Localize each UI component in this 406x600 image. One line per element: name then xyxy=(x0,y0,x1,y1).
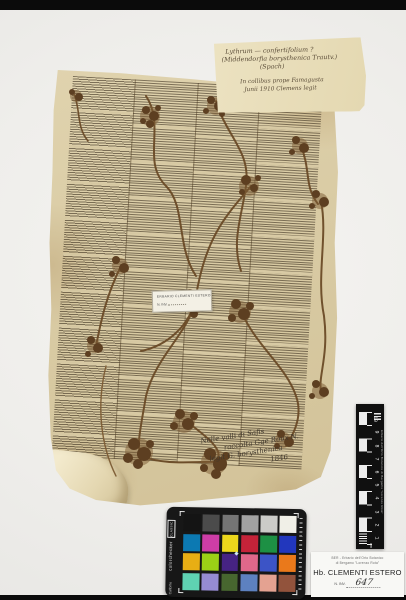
color-patch xyxy=(260,535,277,552)
checker-edge-ticks xyxy=(298,518,302,590)
color-patch xyxy=(202,554,219,571)
ruler-cm-blocks xyxy=(359,412,367,544)
checker-corner-mark xyxy=(294,513,299,518)
color-checker-grid xyxy=(182,514,296,592)
color-patch xyxy=(183,514,200,531)
checker-maker: Calibrite xyxy=(168,581,172,594)
color-patch xyxy=(221,554,238,571)
scale-ruler: 12345678910 cm Erbario dell'Orto Botanic… xyxy=(356,404,384,549)
color-patch xyxy=(182,573,199,590)
color-patch xyxy=(280,516,297,533)
herbarium-stamp-label: ERBARIO CLEMENTI ESTERO N. INV. xyxy=(152,289,213,313)
inventory-number: 647 xyxy=(346,579,382,588)
color-patch xyxy=(202,534,219,551)
determination-label: Lythrum — confertifolium ? (Middendorfia… xyxy=(213,37,367,115)
ruler-number: 4 xyxy=(373,497,379,500)
checker-corner-mark xyxy=(178,588,183,593)
ruler-number: 1 xyxy=(373,536,379,539)
color-patch xyxy=(202,573,219,590)
color-patch xyxy=(203,514,220,531)
color-patch xyxy=(260,555,277,572)
color-patch xyxy=(222,515,239,532)
checker-edition: CLASSIC xyxy=(167,520,175,538)
color-patch xyxy=(183,553,200,570)
color-checker-chart: colorchecker CLASSIC Calibrite xyxy=(165,507,307,599)
institution-line: di Bergamo "Lorenzo Rota" xyxy=(311,561,404,566)
ruler-number: 6 xyxy=(373,470,379,473)
stamp-inv-label: N. INV. xyxy=(157,302,167,306)
herbarium-specimen-photo: Lythrum — confertifolium ? (Middendorfia… xyxy=(0,0,406,600)
ruler-number: 9 xyxy=(373,431,379,434)
ruler-mm-graduations xyxy=(359,531,367,544)
ruler-numbers: 12345678910 xyxy=(370,412,378,544)
ruler-number: 8 xyxy=(373,444,379,447)
ruler-side-text: Erbario dell'Orto Botanico di Bergamo "L… xyxy=(380,430,384,530)
color-patch xyxy=(241,535,258,552)
checker-center-mark xyxy=(234,551,238,555)
checker-corner-mark xyxy=(180,511,185,516)
color-patch xyxy=(260,515,277,532)
color-patch xyxy=(240,554,257,571)
stamp-inv-blank xyxy=(168,303,186,304)
collection-name: Hb. CLEMENTI ESTERO xyxy=(311,568,404,577)
stamp-title: ERBARIO CLEMENTI ESTERO xyxy=(157,293,211,298)
checker-corner-mark xyxy=(292,590,297,595)
determination-line: Junii 1910 Clemens legit xyxy=(244,83,360,94)
color-patch xyxy=(259,574,276,591)
inventory-number-label: N. INV. xyxy=(334,582,345,586)
ruler-number: 3 xyxy=(373,510,379,513)
checker-brand: colorchecker xyxy=(168,541,174,571)
determination-line: (Spach) xyxy=(260,61,360,71)
newsprint-columns xyxy=(52,76,323,469)
ruler-number: 2 xyxy=(373,523,379,526)
color-patch xyxy=(222,534,239,551)
color-patch xyxy=(183,534,200,551)
ruler-unit-label: cm xyxy=(369,543,374,548)
color-patch xyxy=(279,535,296,552)
botanic-garden-logo-icon xyxy=(374,413,381,421)
photo-frame-top xyxy=(0,0,406,10)
color-patch xyxy=(241,515,258,532)
inventory-card: BER - Erbario dell'Orto Botanico di Berg… xyxy=(311,552,404,597)
color-patch xyxy=(279,555,296,572)
color-patch xyxy=(221,574,238,591)
color-patch xyxy=(240,574,257,591)
ruler-number: 7 xyxy=(373,457,379,460)
ruler-number: 5 xyxy=(373,484,379,487)
